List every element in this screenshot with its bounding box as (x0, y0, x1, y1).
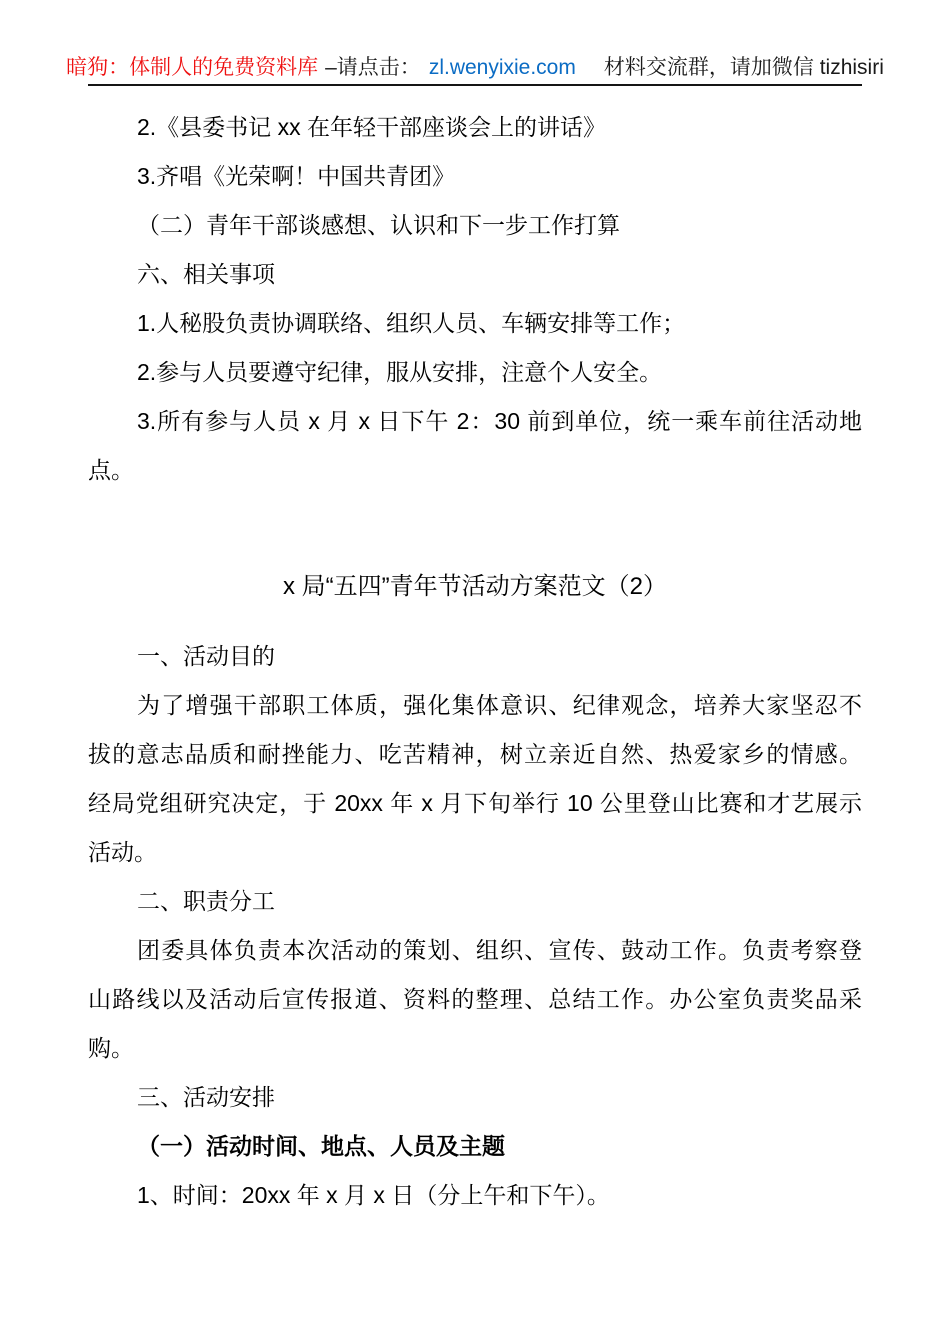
text-line: 2.《县委书记 xx 在年轻干部座谈会上的讲话》 (88, 103, 862, 152)
text-line: 1.人秘股负责协调联络、组织人员、车辆安排等工作； (88, 299, 862, 348)
text-line: 三、活动安排 (88, 1073, 862, 1122)
text-line: 购。 (88, 1024, 862, 1073)
header-link[interactable]: zl.wenyixie.com (429, 55, 576, 80)
text-line: 3.所有参与人员 x 月 x 日下午 2：30 前到单位，统一乘车前往活动地 (88, 397, 862, 446)
text-line: 2.参与人员要遵守纪律，服从安排，注意个人安全。 (88, 348, 862, 397)
document-page: 暗狗：体制人的免费资料库 –请点击： zl.wenyixie.com 材料交流群… (0, 0, 950, 1344)
text-line: 一、活动目的 (88, 632, 862, 681)
text-line: 点。 (88, 446, 862, 495)
header-click-hint: –请点击： (325, 55, 421, 80)
text-line: 团委具体负责本次活动的策划、组织、宣传、鼓动工作。负责考察登 (88, 926, 862, 975)
text-line: 3.齐唱《光荣啊！中国共青团》 (88, 152, 862, 201)
text-line: 二、职责分工 (88, 877, 862, 926)
text-line: （一）活动时间、地点、人员及主题 (88, 1122, 862, 1171)
text-line: 经局党组研究决定，于 20xx 年 x 月下旬举行 10 公里登山比赛和才艺展示 (88, 779, 862, 828)
text-line: 山路线以及活动后宣传报道、资料的整理、总结工作。办公室负责奖品采 (88, 975, 862, 1024)
header-brand: 暗狗：体制人的免费资料库 (66, 55, 318, 80)
page-header: 暗狗：体制人的免费资料库 –请点击： zl.wenyixie.com 材料交流群… (88, 0, 862, 86)
document-title: x 局“五四”青年节活动方案范文（2） (88, 562, 862, 611)
text-line: 为了增强干部职工体质，强化集体意识、纪律观念，培养大家坚忍不 (88, 681, 862, 730)
document-body: 2.《县委书记 xx 在年轻干部座谈会上的讲话》3.齐唱《光荣啊！中国共青团》（… (88, 103, 862, 1220)
text-line: 1、时间：20xx 年 x 月 x 日（分上午和下午）。 (88, 1171, 862, 1220)
text-line: （二）青年干部谈感想、认识和下一步工作打算 (88, 201, 862, 250)
text-line: 六、相关事项 (88, 250, 862, 299)
header-group-hint: 材料交流群，请加微信 tizhisiri (604, 55, 884, 80)
text-line: 活动。 (88, 828, 862, 877)
text-line: 拔的意志品质和耐挫能力、吃苦精神，树立亲近自然、热爱家乡的情感。 (88, 730, 862, 779)
